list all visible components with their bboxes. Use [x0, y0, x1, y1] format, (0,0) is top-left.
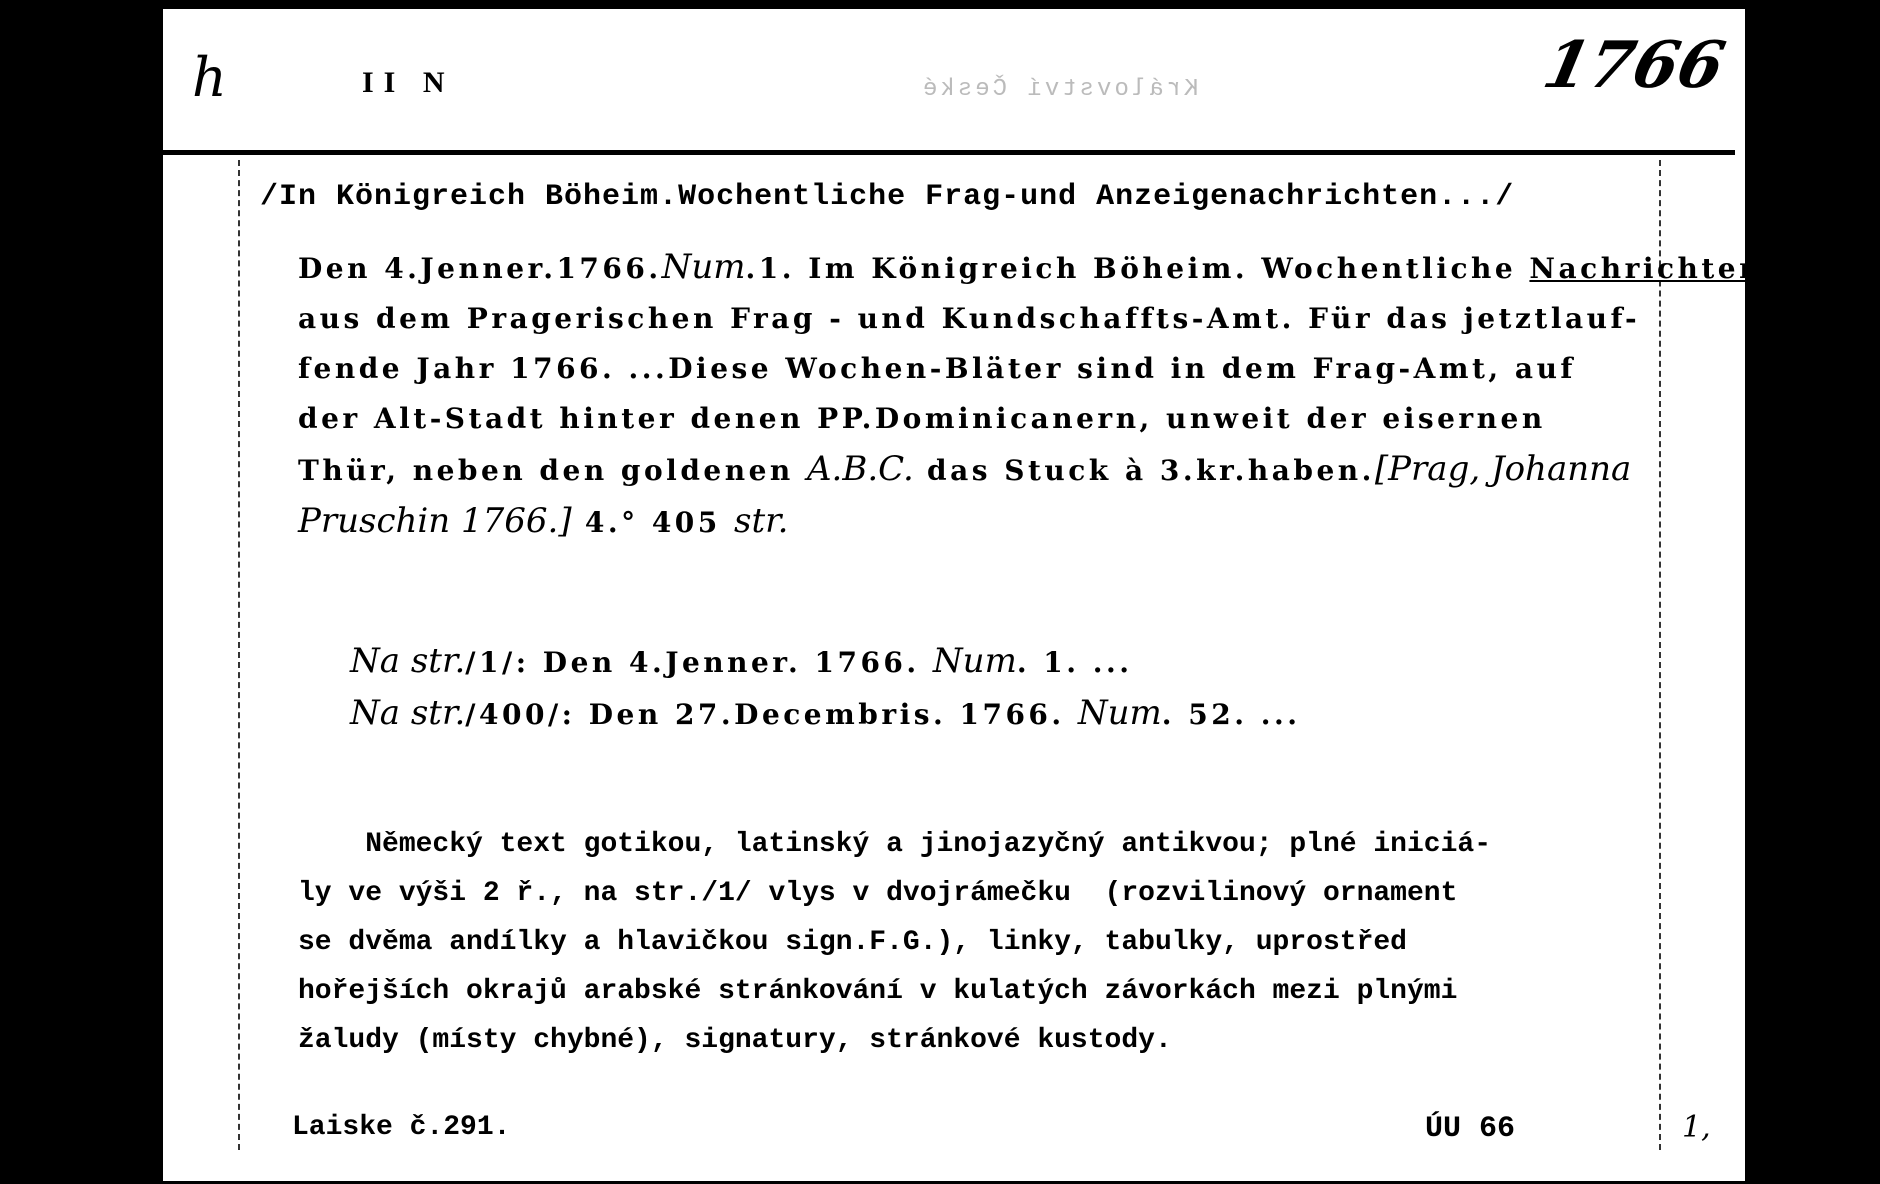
description-line: se dvěma andílky a hlavičkou sign.F.G.),… — [298, 918, 1668, 967]
record-title: /In Königreich Böheim.Wochentliche Frag-… — [260, 180, 1514, 214]
transcription-line: aus dem Pragerischen Frag - und Kundscha… — [298, 294, 1763, 344]
page-incipits: Na str./1/: Den 4.Jenner. 1766. Num. 1. … — [350, 636, 1301, 740]
transcription-line: Den 4.Jenner.1766.Num.1. Im Königreich B… — [298, 242, 1763, 294]
description-line: ly ve výši 2 ř., na str./1/ vlys v dvojr… — [298, 869, 1668, 918]
transcription-line: der Alt-Stadt hinter denen PP.Dominicane… — [298, 394, 1763, 444]
bibliographic-reference: Laiske č.291. — [292, 1112, 510, 1143]
physical-description: Německý text gotikou, latinský a jinojaz… — [298, 820, 1668, 1065]
transcription-line: Thür, neben den goldenen A.B.C. das Stuc… — [298, 444, 1763, 496]
handwritten-tick: 1, — [1682, 1110, 1711, 1145]
handwritten-year: 1766 — [1537, 28, 1731, 103]
incipit-line: Na str./1/: Den 4.Jenner. 1766. Num. 1. … — [350, 636, 1301, 688]
corner-handwritten-mark: h — [192, 46, 227, 109]
classification-mark: II N — [362, 66, 455, 100]
transcription-line: Pruschin 1766.] 4.° 405 str. — [298, 496, 1763, 548]
title-transcription: Den 4.Jenner.1766.Num.1. Im Königreich B… — [298, 242, 1763, 548]
header-rule — [163, 150, 1735, 155]
shelf-code: ÚU 66 — [1425, 1112, 1515, 1146]
incipit-line: Na str./400/: Den 27.Decembris. 1766. Nu… — [350, 688, 1301, 740]
description-line: hořejších okrajů arabské stránkování v k… — [298, 967, 1668, 1016]
transcription-line: fende Jahr 1766. ...Diese Wochen-Bläter … — [298, 344, 1763, 394]
description-line: Německý text gotikou, latinský a jinojaz… — [298, 820, 1668, 869]
left-margin-line — [238, 160, 240, 1150]
faded-stamp: Království České — [920, 76, 1198, 103]
description-line: žaludy (místy chybné), signatury, stránk… — [298, 1016, 1668, 1065]
